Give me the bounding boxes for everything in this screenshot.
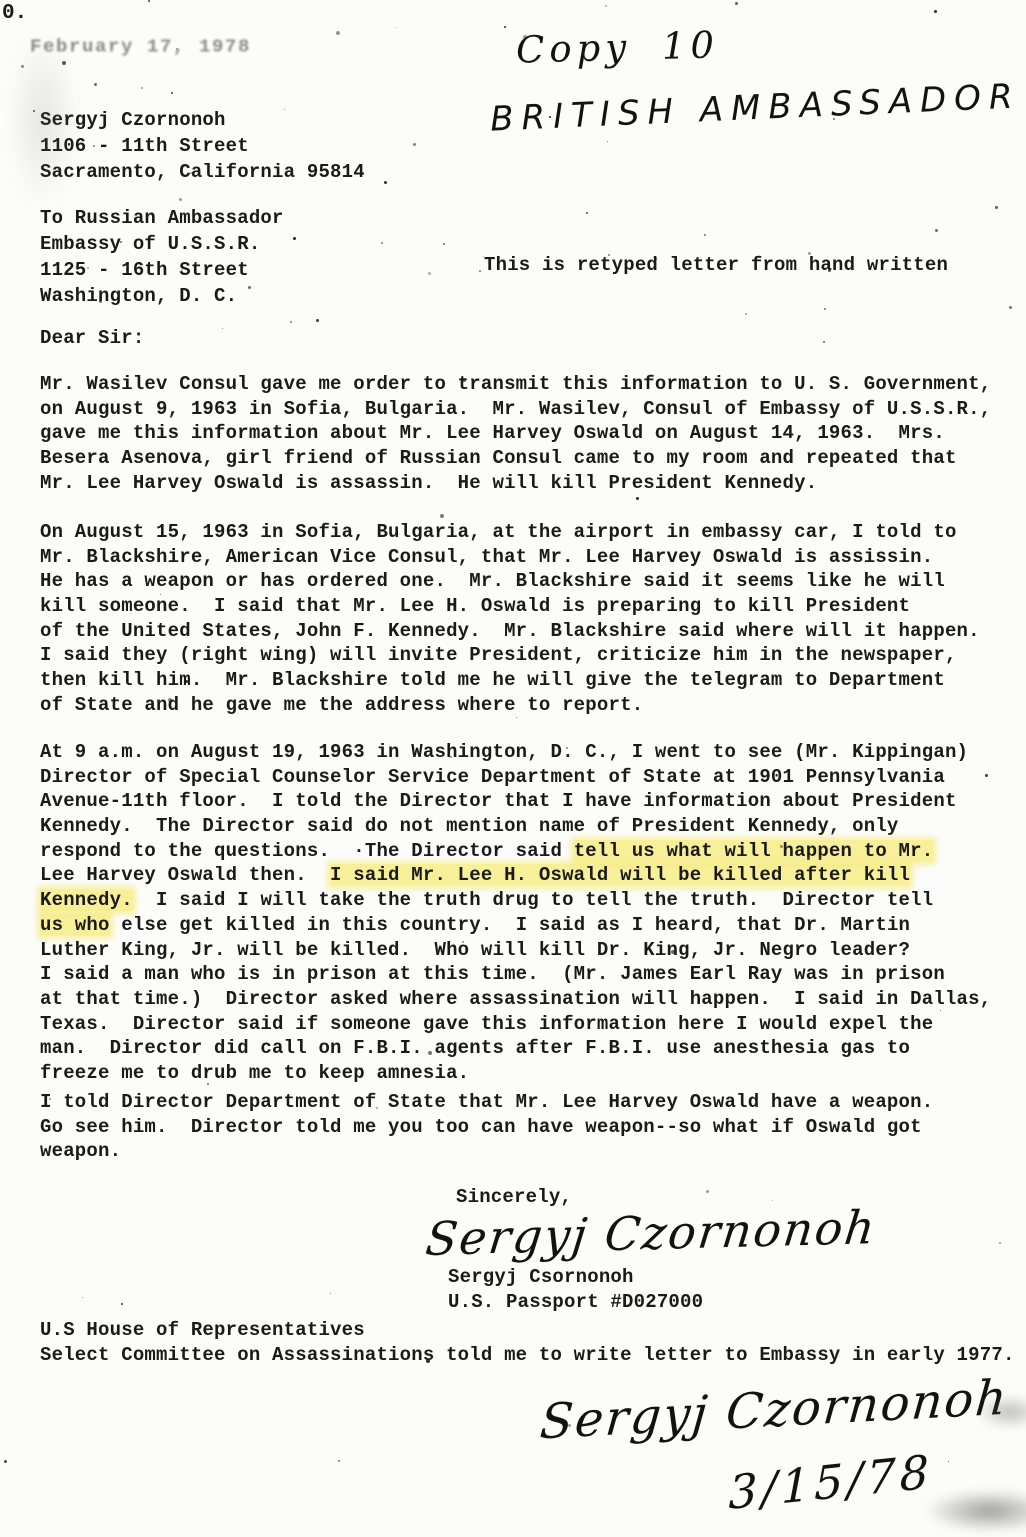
text-segment: Avenue-11th floor. I told the Director t… <box>40 790 957 812</box>
noise-speck <box>999 1242 1001 1244</box>
highlighted-text: tell us what will happen to Mr. <box>574 840 934 862</box>
letter-page: 0. February 17, 1978 Copy 10 BRITISH AMB… <box>0 0 1026 1537</box>
highlighted-text: us who <box>40 914 110 936</box>
text-line: At 9 a.m. on August 19, 1963 in Washingt… <box>40 740 991 765</box>
noise-speck <box>607 141 608 142</box>
text-line: Mr. Blackshire, American Vice Consul, th… <box>40 545 980 570</box>
paragraph-2: On August 15, 1963 in Sofia, Bulgaria, a… <box>40 520 980 718</box>
text-line: on August 9, 1963 in Sofia, Bulgaria. Mr… <box>40 397 991 422</box>
text-segment: freeze me to drub me to keep amnesia. <box>40 1062 469 1084</box>
photocopy-smudge <box>925 1490 1026 1532</box>
text-line: Select Committee on Assassinations told … <box>40 1343 1015 1368</box>
noise-speck <box>995 206 998 209</box>
text-line: Sergyj Czornonoh <box>40 107 365 133</box>
noise-speck <box>330 1293 331 1294</box>
paragraph-3: At 9 a.m. on August 19, 1963 in Washingt… <box>40 740 991 1086</box>
text-line: Avenue-11th floor. I told the Director t… <box>40 789 991 814</box>
highlighted-text: I said Mr. Lee H. Oswald will be killed … <box>330 864 910 886</box>
text-line: 1106 - 11th Street <box>40 133 365 159</box>
noise-speck <box>428 272 431 275</box>
text-line: us who else get killed in this country. … <box>40 913 991 938</box>
text-segment: man. Director did call on F.B.I. agents … <box>40 1037 910 1059</box>
text-line: at that time.) Director asked where assa… <box>40 987 991 1012</box>
noise-speck <box>384 181 387 184</box>
house-committee-note: U.S House of RepresentativesSelect Commi… <box>40 1318 1015 1367</box>
noise-speck <box>179 198 182 201</box>
noise-speck <box>381 242 383 244</box>
paragraph-4: I told Director Department of State that… <box>40 1090 933 1164</box>
faded-date: February 17, 1978 <box>30 37 251 58</box>
text-line: weapon. <box>40 1139 933 1164</box>
text-segment: Kennedy. The Director said do not mentio… <box>40 815 899 837</box>
text-line: Texas. Director said if someone gave thi… <box>40 1012 991 1037</box>
noise-speck <box>141 87 143 89</box>
noise-speck <box>935 229 938 232</box>
noise-speck <box>704 234 706 236</box>
text-segment: I said I will take the truth drug to tel… <box>133 889 934 911</box>
handwritten-signature: Sergyj Czornonoh <box>423 1200 879 1266</box>
paragraph-1: Mr. Wasilev Consul gave me order to tran… <box>40 372 991 495</box>
noise-speck <box>823 341 825 343</box>
closing-sincerely: Sincerely, <box>456 1186 572 1208</box>
text-line: I told Director Department of State that… <box>40 1090 933 1115</box>
text-segment: Lee Harvey Oswald then. <box>40 864 330 886</box>
text-line: 1125 - 16th Street <box>40 257 284 283</box>
text-line: of State and he gave me the address wher… <box>40 693 980 718</box>
text-segment: I said they (right wing) will invite Pre… <box>40 644 957 666</box>
noise-speck <box>338 1460 340 1462</box>
text-segment: gave me this information about Mr. Lee H… <box>40 422 945 444</box>
text-segment: of State and he gave me the address wher… <box>40 694 643 716</box>
passport-number-line: U.S. Passport #D027000 <box>448 1291 703 1313</box>
text-line: Go see him. Director told me you too can… <box>40 1115 933 1140</box>
recipient-address: To Russian AmbassadorEmbassy of U.S.S.R.… <box>40 205 284 309</box>
noise-speck <box>1009 306 1012 309</box>
text-segment: of the United States, John F. Kennedy. M… <box>40 620 980 642</box>
text-line: Besera Asenova, girl friend of Russian C… <box>40 446 991 471</box>
text-segment: else get killed in this country. I said … <box>110 914 911 936</box>
sender-address: Sergyj Czornonoh1106 - 11th StreetSacram… <box>40 107 365 185</box>
text-line: kill someone. I said that Mr. Lee H. Osw… <box>40 594 980 619</box>
text-line: He has a weapon or has ordered one. Mr. … <box>40 569 980 594</box>
text-line: Director of Special Counselor Service De… <box>40 765 991 790</box>
text-line: of the United States, John F. Kennedy. M… <box>40 619 980 644</box>
noise-speck <box>605 5 607 7</box>
text-line: Lee Harvey Oswald then. I said Mr. Lee H… <box>40 863 991 888</box>
noise-speck <box>586 212 588 214</box>
noise-speck <box>735 2 738 5</box>
text-line: freeze me to drub me to keep amnesia. <box>40 1061 991 1086</box>
text-segment: weapon. <box>40 1140 121 1162</box>
noise-speck <box>148 0 150 2</box>
text-line: gave me this information about Mr. Lee H… <box>40 421 991 446</box>
noise-speck <box>772 1200 773 1201</box>
text-line: To Russian Ambassador <box>40 205 284 231</box>
noise-speck <box>290 321 292 323</box>
noise-speck <box>706 1190 709 1193</box>
text-segment: At 9 a.m. on August 19, 1963 in Washingt… <box>40 741 968 763</box>
noise-speck <box>171 92 173 94</box>
noise-speck <box>21 65 24 68</box>
typed-signature-name: Sergyj Csornonoh <box>448 1266 634 1288</box>
noise-speck <box>824 308 826 310</box>
handwritten-ambassador-note: BRITISH AMBASSADOR <box>489 76 1021 139</box>
handwritten-bottom-date: 3/15/78 <box>729 1444 933 1520</box>
text-segment: Director of Special Counselor Service De… <box>40 766 945 788</box>
noise-speck <box>745 313 747 315</box>
text-segment: On August 15, 1963 in Sofia, Bulgaria, a… <box>40 521 957 543</box>
corner-page-mark: 0. <box>2 2 27 25</box>
noise-speck <box>948 1461 949 1462</box>
text-segment: Go see him. Director told me you too can… <box>40 1116 922 1138</box>
noise-speck <box>4 1460 7 1463</box>
text-segment: Texas. Director said if someone gave thi… <box>40 1013 933 1035</box>
noise-speck <box>440 514 444 518</box>
text-line: U.S House of Representatives <box>40 1318 1015 1343</box>
text-line: On August 15, 1963 in Sofia, Bulgaria, a… <box>40 520 980 545</box>
text-line: Sacramento, California 95814 <box>40 159 365 185</box>
text-segment: then kill him. Mr. Blackshire told me he… <box>40 669 945 691</box>
noise-speck <box>504 26 506 28</box>
noise-speck <box>33 110 35 112</box>
noise-speck <box>316 319 319 322</box>
text-segment: Besera Asenova, girl friend of Russian C… <box>40 447 957 469</box>
text-line: I said they (right wing) will invite Pre… <box>40 643 980 668</box>
text-segment: respond to the questions. ·The Director … <box>40 840 574 862</box>
text-line: Kennedy. I said I will take the truth dr… <box>40 888 991 913</box>
handwritten-bottom-signature: Sergyj Czornonoh <box>538 1370 1011 1451</box>
text-line: Embassy of U.S.S.R. <box>40 231 284 257</box>
noise-speck <box>222 328 223 329</box>
text-line: then kill him. Mr. Blackshire told me he… <box>40 668 980 693</box>
text-line: respond to the questions. ·The Director … <box>40 839 991 864</box>
noise-speck <box>934 10 937 13</box>
salutation: Dear Sir: <box>40 327 144 349</box>
noise-speck <box>413 143 416 146</box>
noise-speck <box>82 1297 83 1298</box>
noise-speck <box>94 83 97 86</box>
text-line: I said a man who is in prison at this ti… <box>40 962 991 987</box>
text-segment: He has a weapon or has ordered one. Mr. … <box>40 570 945 592</box>
text-line: Kennedy. The Director said do not mentio… <box>40 814 991 839</box>
text-segment: at that time.) Director asked where assa… <box>40 988 991 1010</box>
noise-speck <box>62 61 66 65</box>
text-line: Mr. Wasilev Consul gave me order to tran… <box>40 372 991 397</box>
text-segment: kill someone. I said that Mr. Lee H. Osw… <box>40 595 910 617</box>
highlighted-text: Kennedy. <box>40 889 133 911</box>
text-line: Washington, D. C. <box>40 283 284 309</box>
text-line: Mr. Lee Harvey Oswald is assassin. He wi… <box>40 471 991 496</box>
noise-speck <box>293 237 296 240</box>
text-segment: I said a man who is in prison at this ti… <box>40 963 945 985</box>
handwritten-copy-label: Copy 10 <box>515 23 719 71</box>
text-segment: Mr. Lee Harvey Oswald is assassin. He wi… <box>40 472 817 494</box>
noise-speck <box>396 27 397 28</box>
noise-speck <box>443 243 445 245</box>
text-segment: on August 9, 1963 in Sofia, Bulgaria. Mr… <box>40 398 991 420</box>
noise-speck <box>479 270 481 272</box>
text-segment: Mr. Wasilev Consul gave me order to tran… <box>40 373 991 395</box>
retype-note: This is retyped letter from hand written <box>484 254 948 276</box>
text-segment: Luther King, Jr. will be killed. Who wil… <box>40 939 910 961</box>
noise-speck <box>636 497 639 500</box>
text-segment: Mr. Blackshire, American Vice Consul, th… <box>40 546 933 568</box>
text-segment: I told Director Department of State that… <box>40 1091 933 1113</box>
noise-speck <box>336 31 340 35</box>
noise-speck <box>121 1303 123 1305</box>
text-line: man. Director did call on F.B.I. agents … <box>40 1036 991 1061</box>
text-line: Luther King, Jr. will be killed. Who wil… <box>40 938 991 963</box>
